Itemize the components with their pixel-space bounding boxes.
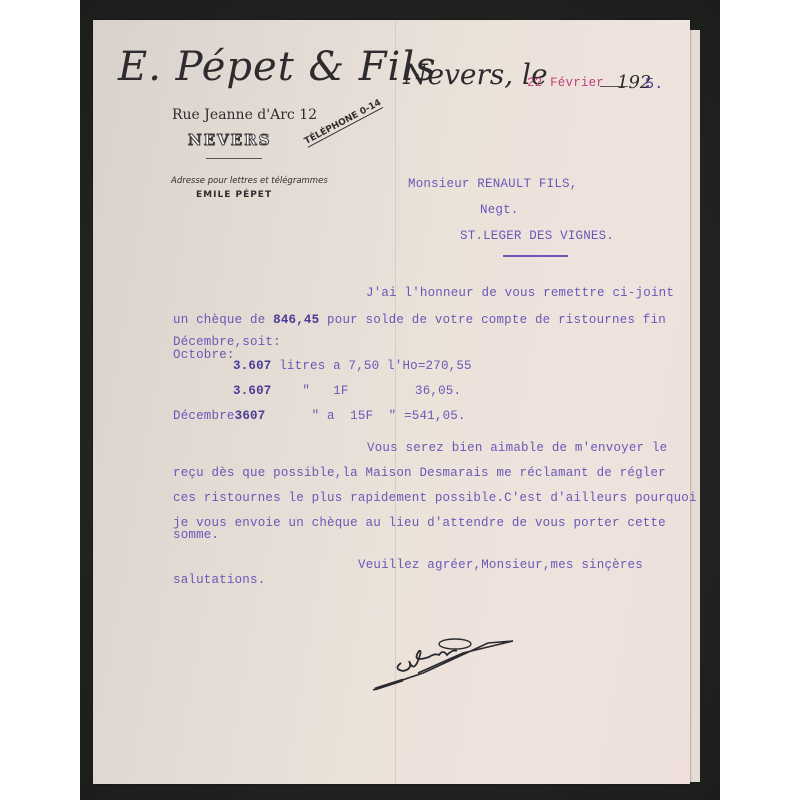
handwritten-signature [355, 605, 515, 680]
body-line: je vous envoie un chèque au lieu d'atten… [173, 516, 666, 530]
body-line: Décembre,soit: [173, 335, 281, 349]
recipient-title: Negt. [480, 203, 519, 217]
closing-line: Veuillez agréer,Monsieur,mes sinçères [358, 558, 643, 572]
body-line: J'ai l'honneur de vous remettre ci-joint [366, 286, 674, 300]
recipient-address: ST.LEGER DES VIGNES. [460, 229, 614, 243]
body-line: ces ristournes le plus rapidement possib… [173, 491, 697, 505]
calc-row: 3.607 litres a 7,50 l'Ho=270,55 [233, 359, 472, 373]
body-line: Octobre: [173, 348, 235, 362]
closing-line: salutations. [173, 573, 265, 587]
calc-row: Décembre3607 " a 15F " =541,05. [173, 409, 466, 423]
recipient-name: Monsieur RENAULT FILS, [408, 177, 577, 191]
body-line: reçu dès que possible,la Maison Desmarai… [173, 466, 666, 480]
company-street: Rue Jeanne d'Arc 12 [172, 107, 317, 123]
body-line: Vous serez bien aimable de m'envoyer le [367, 441, 667, 455]
dateline-place: Nevers, le [403, 58, 548, 91]
company-name: E. Pépet & Fils [118, 44, 437, 90]
calc-amount: 36,05. [415, 384, 461, 398]
dateline-year-suffix: 5. [645, 76, 663, 93]
calc-row: 3.607 " 1F [233, 384, 349, 398]
cheque-amount: 846,45 [273, 313, 319, 327]
telegram-name: EMILE PÉPET [196, 190, 272, 200]
address-underline [503, 255, 568, 257]
company-city: NEVERS [188, 131, 272, 149]
ornament-divider [206, 158, 262, 159]
address-note: Adresse pour lettres et télégrammes [171, 176, 328, 186]
dateline-date: 22 Février [527, 76, 604, 90]
body-line: somme. [173, 528, 219, 542]
body-line: un chèque de 846,45 pour solde de votre … [173, 313, 666, 327]
